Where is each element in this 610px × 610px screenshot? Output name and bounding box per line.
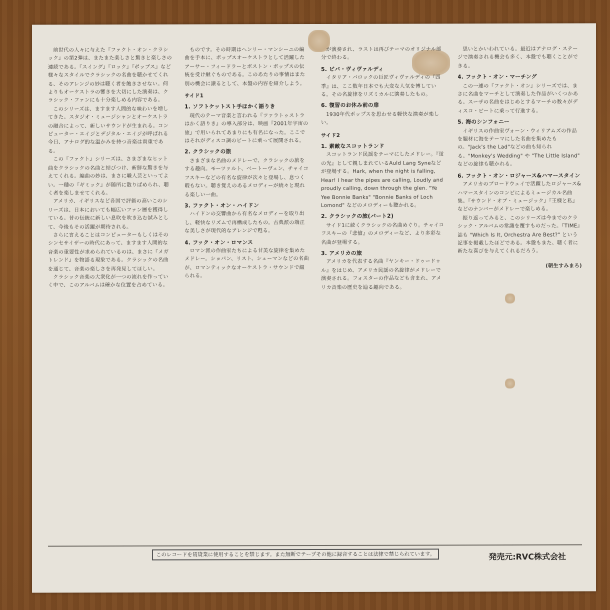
body-paragraph: 思いとかいわれている。最近はアナログ・ステージで演奏される機会も多く、本盤でも聴… [458, 45, 583, 71]
body-paragraph: スコットランド民謡をテーマにしたメドレー。『蛍の光』として親しまれているAuld… [321, 151, 446, 210]
body-paragraph: ものです。その時期はヘンリー・マンシーニの編曲を手本に、ポップスオーケストラとし… [185, 46, 310, 88]
body-paragraph: アメリカのブロードウェイで活躍したロジャース&ハマースタインのコンビによるミュー… [458, 180, 583, 214]
copyright-notice: このレコードを賃貸業に使用することを禁じます。また無断でテープその他に録音するこ… [152, 549, 439, 561]
section-heading: 1. 素敵なスコットランド [321, 143, 446, 152]
body-paragraph: アメリカを代表する名曲『ヤンキー・ドゥードゥル』をはじめ、アメリカ民謡の名旋律が… [321, 258, 446, 292]
section-heading: 5. ビバ・ヴィヴァルディ [321, 65, 446, 74]
publisher-credit: 発売元:RVC株式会社 [489, 551, 566, 562]
section-heading: 4. フック・オン・ロマンス [185, 239, 310, 248]
side-label: サイド1 [185, 92, 310, 101]
body-paragraph: サイド1に続くクラシックの名曲めぐり。チャイコフスキーの『悲愴』のメロディーなど… [321, 221, 446, 247]
section-heading: 6. 復習のお休み前の扉 [321, 102, 446, 111]
body-paragraph: イタリア・バロックの巨匠ヴィヴァルディの『四季』は、ここ数年日本でも大変な人気を… [321, 74, 446, 100]
body-paragraph: が演奏され、ラストは再びテーマのオリジナル部分で終わる。 [321, 46, 446, 63]
body-paragraph: このシリーズは、ますます人間的な味わいを増してきた。スタジオ・ミュージシャンとオ… [48, 105, 173, 156]
body-paragraph: アメリカ、イギリスなど各国で評価の高いこのシリーズは、日本においても幅広いファン… [48, 198, 173, 232]
text-columns: 前世代の人々に与えた『ファクト・オン・クラシック』の第2弾は、またまた楽しさと驚… [48, 45, 582, 556]
section-heading: 5. 海のシンフォニー [458, 119, 583, 128]
column-3: が演奏され、ラストは再びテーマのオリジナル部分で終わる。5. ビバ・ヴィヴァルデ… [321, 46, 446, 556]
body-paragraph: さらに言えることはコンピューターもしくはそのシンセサイザーの時代にあって、ますま… [48, 231, 173, 273]
author-signature: (朝生すみまろ) [458, 262, 583, 271]
body-paragraph: 振り返ってみると、このシリーズは今までのクラシック・アルバムの常識を覆すものだっ… [458, 214, 583, 256]
body-paragraph: ハイドンの交響曲から有名なメロディーを取り出し、軽快なリズムで再構成したもの。古… [185, 210, 310, 236]
body-paragraph: 1930年代ポップスを思わせる軽快な演奏が楽しい。 [321, 110, 446, 127]
column-4: 思いとかいわれている。最近はアナログ・ステージで演奏される機会も多く、本盤でも聴… [458, 45, 583, 555]
body-paragraph: クラシック音楽の大衆化が一つの流れを作っていく中で、このアルバムは確かな位置を占… [48, 273, 173, 290]
body-paragraph: この『ファクト』シリーズは、さまざまなヒット曲をクラシックの名曲と結びつけ、新鮮… [48, 156, 173, 198]
section-heading: 3. ファクト・オン・ハイドン [185, 202, 310, 211]
side-label: サイド2 [321, 131, 446, 140]
section-heading: 4. フックト・オン・マーチング [458, 74, 583, 83]
body-paragraph: ロマン派の作曲家たちによる甘美な旋律を集めたメドレー。ショパン、リスト、シューマ… [185, 247, 310, 281]
column-1: 前世代の人々に与えた『ファクト・オン・クラシック』の第2弾は、またまた楽しさと驚… [48, 46, 173, 556]
liner-notes-sheet: 前世代の人々に与えた『ファクト・オン・クラシック』の第2弾は、またまた楽しさと驚… [32, 23, 596, 592]
column-2: ものです。その時期はヘンリー・マンシーニの編曲を手本に、ポップスオーケストラとし… [185, 46, 310, 556]
body-paragraph: さまざまな名曲のメドレーで、クラシックの旅をする趣向。モーツァルト、ベートーヴェ… [185, 157, 310, 199]
section-heading: 1. ソフトケットスト手ほかく語りき [185, 103, 310, 112]
section-heading: 3. アメリカの旅 [321, 250, 446, 259]
section-heading: 2. クラシックの旅 [185, 148, 310, 157]
section-heading: 6. フックト・オン・ロジャース&ハマースタイン [458, 172, 583, 181]
body-paragraph: 前世代の人々に与えた『ファクト・オン・クラシック』の第2弾は、またまた楽しさと驚… [48, 46, 173, 105]
body-paragraph: 現代のテーマ音楽と言われる『ツァラトゥストラはかく語りき』の導入部分は、映画『2… [185, 112, 310, 146]
section-heading: 2. クラシックの旅(パート2) [321, 213, 446, 222]
body-paragraph: イギリスの作曲家ヴォーン・ウィリアムズの作品を題材に海をテーマにした名曲を集めた… [458, 127, 583, 169]
body-paragraph: この一連の『ファクト・オン』シリーズでは、まさに名曲をマーチとして演奏した作品が… [458, 82, 583, 116]
